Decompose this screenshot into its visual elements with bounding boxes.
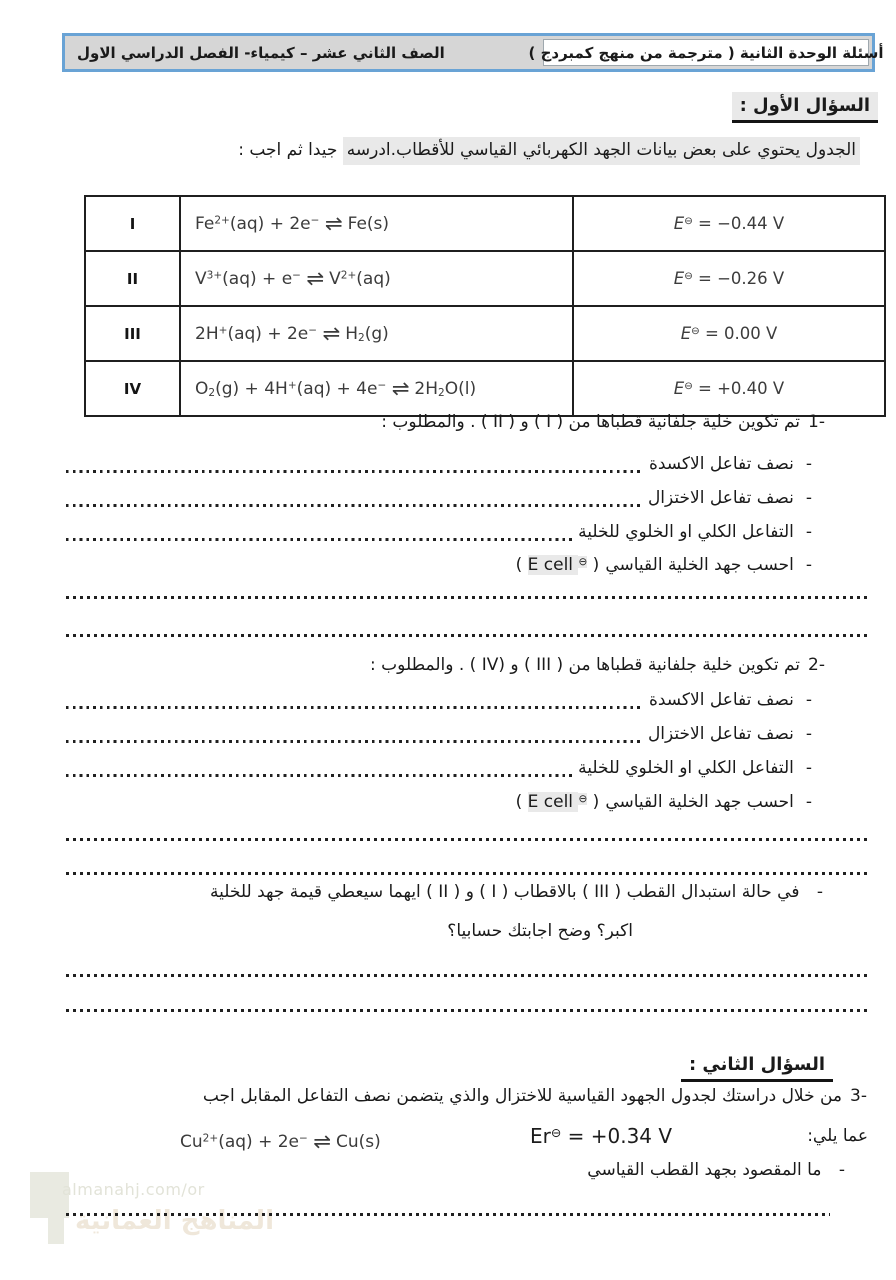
answer-dotted-line xyxy=(66,634,868,637)
answer-dotted-leader xyxy=(64,484,648,512)
question-2-line: 2-تم تكوين خلية جلفانية قطباها من ( III … xyxy=(370,655,825,675)
q1-item-reduction: - نصف تفاعل الاختزال xyxy=(64,484,812,512)
ecell-symbol: ( E cell ⊖ ) xyxy=(516,551,600,579)
answer-dotted-line xyxy=(66,1213,830,1216)
question-3-line: 3-من خلال دراستك لجدول الجهود القياسية ل… xyxy=(203,1086,867,1106)
answer-dotted-leader xyxy=(64,450,649,478)
question-text: في حالة استبدال القطب ( III ) بالاقطاب (… xyxy=(210,882,799,902)
item-label: التفاعل الكلي او الخلوي للخلية xyxy=(578,518,794,546)
header-bar: الصف الثاني عشر – كيمياء- الفصل الدراسي … xyxy=(62,33,875,72)
question-3-lead: عما يلي: xyxy=(807,1126,868,1146)
table-intro-line: الجدول يحتوي على بعض بيانات الجهد الكهرب… xyxy=(238,140,860,160)
q2-item-reduction: - نصف تفاعل الاختزال xyxy=(64,720,812,748)
course-info: الصف الثاني عشر – كيمياء- الفصل الدراسي … xyxy=(77,36,445,69)
table-row: III 2H+(aq) + 2e− ⇌ H2(g) E⊖ = 0.00 V xyxy=(85,306,885,361)
intro-plain-text: جيدا ثم اجب : xyxy=(238,140,343,160)
answer-dotted-leader xyxy=(64,720,648,748)
item-label: احسب جهد الخلية القياسي xyxy=(605,788,794,816)
bullet-dash: - xyxy=(806,551,812,579)
compare-question-line1: - في حالة استبدال القطب ( III ) بالاقطاب… xyxy=(210,882,823,902)
question-1-line: 1-تم تكوين خلية جلفانية قطباها من ( I ) … xyxy=(381,412,825,432)
electrode-label: II xyxy=(85,251,180,306)
standard-potential-value: E⊖ = 0.00 V xyxy=(573,306,885,361)
answer-dotted-line xyxy=(66,596,868,599)
answer-dotted-leader xyxy=(64,754,578,782)
electrode-label: I xyxy=(85,196,180,251)
bullet-dash: - xyxy=(806,686,812,714)
q1-item-overall: - التفاعل الكلي او الخلوي للخلية xyxy=(64,518,812,546)
bullet-dash: - xyxy=(806,518,812,546)
answer-dotted-line xyxy=(66,872,868,875)
table-row: IV O2(g) + 4H+(aq) + 4e− ⇌ 2H2O(l) E⊖ = … xyxy=(85,361,885,416)
answer-dotted-leader xyxy=(64,686,649,714)
question-text: من خلال دراستك لجدول الجهود القياسية للا… xyxy=(203,1086,842,1106)
question-number: 3- xyxy=(850,1086,867,1106)
standard-potential-value: E⊖ = −0.44 V xyxy=(573,196,885,251)
item-label: نصف تفاعل الاكسدة xyxy=(649,450,794,478)
question-text: تم تكوين خلية جلفانية قطباها من ( I ) و … xyxy=(381,412,800,432)
compare-question-line2: اكبر؟ وضح اجابتك حسابيا؟ xyxy=(447,921,633,941)
question-text: تم تكوين خلية جلفانية قطباها من ( III ) … xyxy=(370,655,800,675)
bullet-dash: - xyxy=(839,1160,845,1180)
ecell-symbol: ( E cell ⊖ ) xyxy=(516,788,600,816)
q3-item-definition: - ما المقصود بجهد القطب القياسي xyxy=(587,1160,845,1180)
er-standard-value: Er⊖ = +0.34 V xyxy=(530,1124,672,1148)
standard-potential-value: E⊖ = −0.26 V xyxy=(573,251,885,306)
q1-item-ecell: - احسب جهد الخلية القياسي ( E cell ⊖ ) xyxy=(64,551,812,579)
q2-item-ecell: - احسب جهد الخلية القياسي ( E cell ⊖ ) xyxy=(64,788,812,816)
item-label: نصف تفاعل الاكسدة xyxy=(649,686,794,714)
section1-heading: السؤال الأول : xyxy=(732,92,878,123)
bullet-dash: - xyxy=(806,484,812,512)
unit-title-box: أسئلة الوحدة الثانية ( مترجمة من منهج كم… xyxy=(543,39,869,66)
table-row: II V3+(aq) + e− ⇌ V2+(aq) E⊖ = −0.26 V xyxy=(85,251,885,306)
item-label: ما المقصود بجهد القطب القياسي xyxy=(587,1160,821,1180)
watermark-arabic: المناهج العمانية xyxy=(75,1206,274,1236)
cu-half-reaction: Cu2+(aq) + 2e− ⇌ Cu(s) xyxy=(180,1132,381,1152)
item-label: التفاعل الكلي او الخلوي للخلية xyxy=(578,754,794,782)
half-reaction-equation: Fe2+(aq) + 2e− ⇌ Fe(s) xyxy=(180,196,573,251)
q1-item-oxidation: - نصف تفاعل الاكسدة xyxy=(64,450,812,478)
electrode-label: IV xyxy=(85,361,180,416)
question-number: 1- xyxy=(808,412,825,432)
bullet-dash: - xyxy=(806,788,812,816)
electrode-label: III xyxy=(85,306,180,361)
section2-heading: السؤال الثاني : xyxy=(681,1051,833,1082)
standard-potential-value: E⊖ = +0.40 V xyxy=(573,361,885,416)
table-row: I Fe2+(aq) + 2e− ⇌ Fe(s) E⊖ = −0.44 V xyxy=(85,196,885,251)
q2-item-overall: - التفاعل الكلي او الخلوي للخلية xyxy=(64,754,812,782)
half-reaction-equation: V3+(aq) + e− ⇌ V2+(aq) xyxy=(180,251,573,306)
half-reaction-equation: 2H+(aq) + 2e− ⇌ H2(g) xyxy=(180,306,573,361)
watermark-logo-shape xyxy=(48,1218,64,1244)
item-label: احسب جهد الخلية القياسي xyxy=(605,551,794,579)
item-label: نصف تفاعل الاختزال xyxy=(648,484,794,512)
bullet-dash: - xyxy=(806,720,812,748)
intro-highlighted-text: الجدول يحتوي على بعض بيانات الجهد الكهرب… xyxy=(343,137,860,165)
bullet-dash: - xyxy=(817,882,823,902)
answer-dotted-leader xyxy=(64,518,578,546)
standard-potentials-table: I Fe2+(aq) + 2e− ⇌ Fe(s) E⊖ = −0.44 V II… xyxy=(84,195,886,417)
unit-title: أسئلة الوحدة الثانية ( مترجمة من منهج كم… xyxy=(529,44,884,62)
item-label: نصف تفاعل الاختزال xyxy=(648,720,794,748)
answer-dotted-line xyxy=(66,838,868,841)
watermark-url: almanahj.com/or xyxy=(62,1180,205,1199)
q2-item-oxidation: - نصف تفاعل الاكسدة xyxy=(64,686,812,714)
bullet-dash: - xyxy=(806,450,812,478)
question-number: 2- xyxy=(808,655,825,675)
half-reaction-equation: O2(g) + 4H+(aq) + 4e− ⇌ 2H2O(l) xyxy=(180,361,573,416)
answer-dotted-line xyxy=(66,974,868,977)
answer-dotted-line xyxy=(66,1009,868,1012)
worksheet-page: الصف الثاني عشر – كيمياء- الفصل الدراسي … xyxy=(0,0,896,1280)
bullet-dash: - xyxy=(806,754,812,782)
